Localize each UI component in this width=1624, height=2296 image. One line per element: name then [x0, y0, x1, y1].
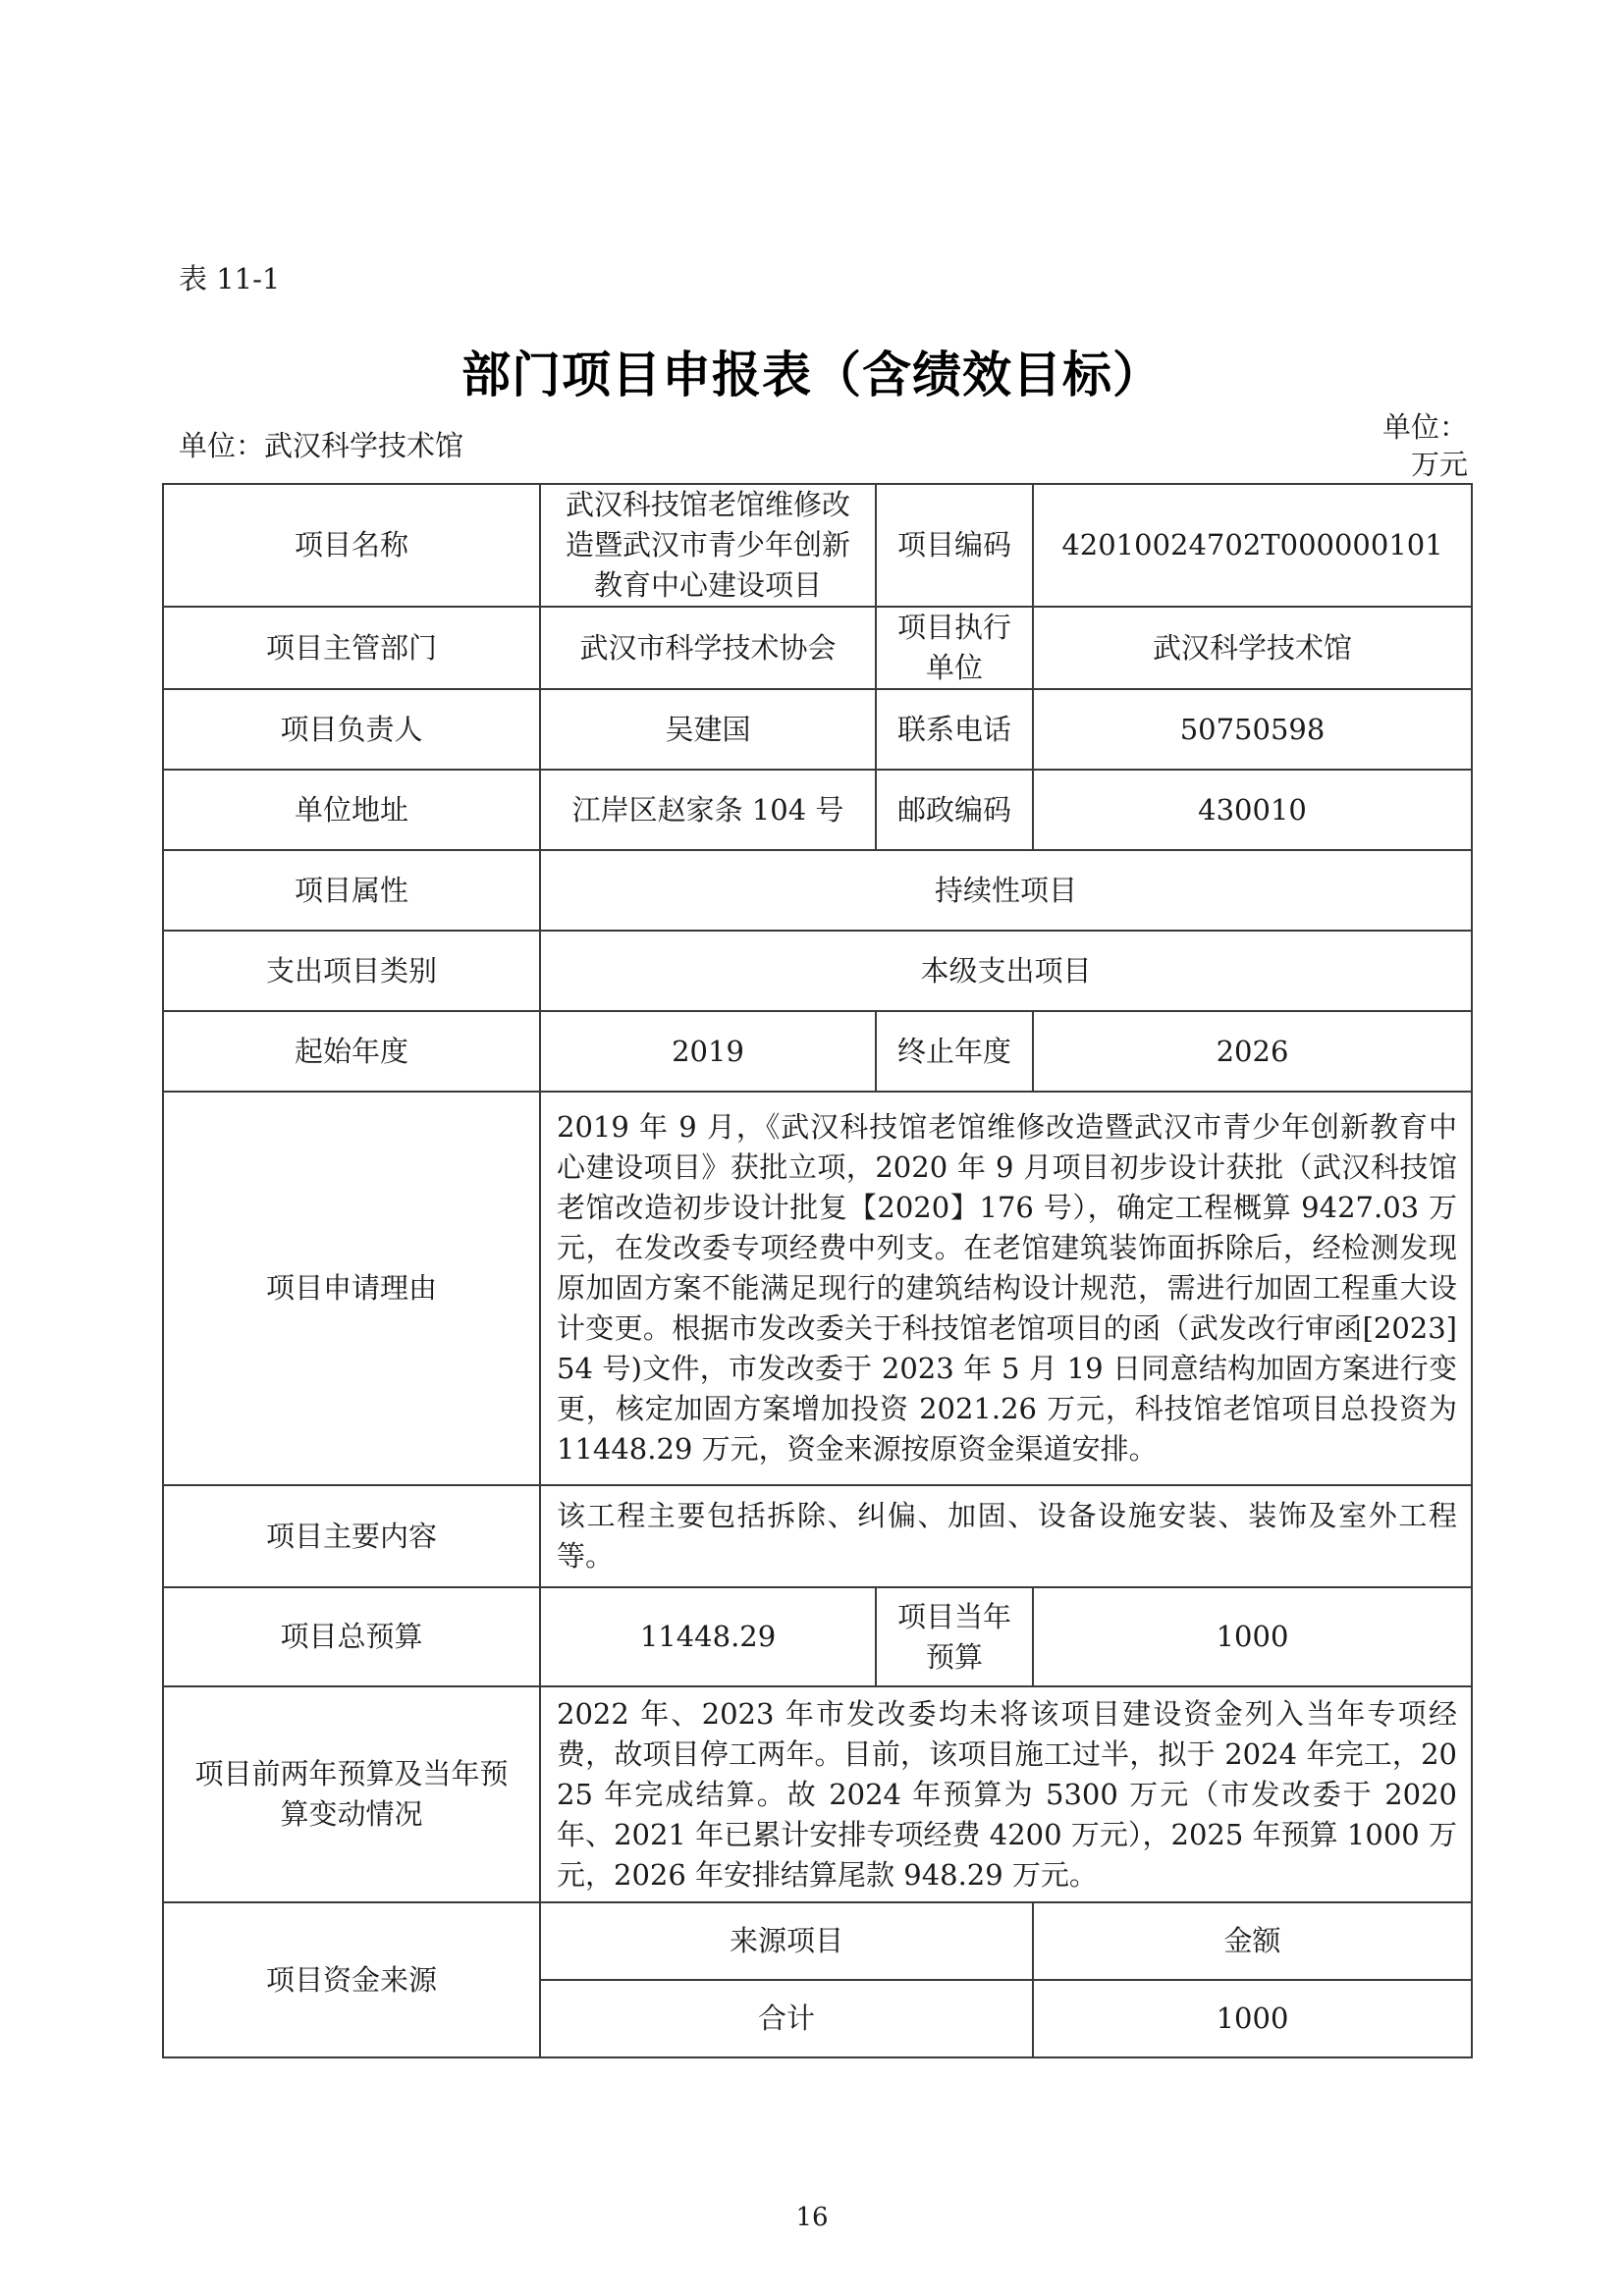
start-year-value: 2019: [540, 1011, 876, 1092]
exec-unit-value: 武汉科学技术馆: [1033, 607, 1472, 689]
table-row-category: 支出项目类别 本级支出项目: [163, 931, 1472, 1011]
phone-label: 联系电话: [876, 689, 1033, 770]
funding-total-label: 合计: [540, 1980, 1033, 2057]
attribute-label: 项目属性: [163, 850, 540, 931]
project-code-label: 项目编码: [876, 484, 1033, 607]
manager-label: 项目负责人: [163, 689, 540, 770]
table-row-budget-change: 项目前两年预算及当年预算变动情况 2022 年、2023 年市发改委均未将该项目…: [163, 1686, 1472, 1902]
department-value: 武汉市科学技术协会: [540, 607, 876, 689]
project-name-label: 项目名称: [163, 484, 540, 607]
funding-label: 项目资金来源: [163, 1902, 540, 2057]
department-label: 项目主管部门: [163, 607, 540, 689]
content-text: 该工程主要包括拆除、纠偏、加固、设备设施安装、装饰及室外工程等。: [540, 1485, 1472, 1587]
table-row-years: 起始年度 2019 终止年度 2026: [163, 1011, 1472, 1092]
page-title: 部门项目申报表（含绩效目标）: [0, 344, 1624, 406]
manager-value: 吴建国: [540, 689, 876, 770]
funding-total-amount: 1000: [1033, 1980, 1472, 2057]
budget-change-text: 2022 年、2023 年市发改委均未将该项目建设资金列入当年专项经费，故项目停…: [540, 1686, 1472, 1902]
postcode-label: 邮政编码: [876, 770, 1033, 850]
table-row-funding-header: 项目资金来源 来源项目 金额: [163, 1902, 1472, 1980]
project-report-table: 项目名称 武汉科技馆老馆维修改造暨武汉市青少年创新教育中心建设项目 项目编码 4…: [162, 483, 1473, 2058]
table-row-budget: 项目总预算 11448.29 项目当年预算 1000: [163, 1587, 1472, 1686]
budget-change-label: 项目前两年预算及当年预算变动情况: [163, 1686, 540, 1902]
phone-value: 50750598: [1033, 689, 1472, 770]
total-budget-value: 11448.29: [540, 1587, 876, 1686]
content-label: 项目主要内容: [163, 1485, 540, 1587]
table-row-attribute: 项目属性 持续性项目: [163, 850, 1472, 931]
exec-unit-label: 项目执行单位: [876, 607, 1033, 689]
project-name-value: 武汉科技馆老馆维修改造暨武汉市青少年创新教育中心建设项目: [540, 484, 876, 607]
address-label: 单位地址: [163, 770, 540, 850]
reason-text: 2019 年 9 月，《武汉科技馆老馆维修改造暨武汉市青少年创新教育中心建设项目…: [540, 1092, 1472, 1485]
currency-unit-value: 万元: [1370, 446, 1468, 483]
end-year-value: 2026: [1033, 1011, 1472, 1092]
reason-label: 项目申请理由: [163, 1092, 540, 1485]
currency-unit-label: 单位：: [1370, 408, 1468, 446]
page-number: 16: [0, 2202, 1624, 2233]
total-budget-label: 项目总预算: [163, 1587, 540, 1686]
table-number: 表 11-1: [179, 261, 280, 296]
table-row-manager: 项目负责人 吴建国 联系电话 50750598: [163, 689, 1472, 770]
funding-col-amount: 金额: [1033, 1902, 1472, 1980]
address-value: 江岸区赵家条 104 号: [540, 770, 876, 850]
table-row-project-name: 项目名称 武汉科技馆老馆维修改造暨武汉市青少年创新教育中心建设项目 项目编码 4…: [163, 484, 1472, 607]
project-code-value: 42010024702T000000101: [1033, 484, 1472, 607]
table-row-department: 项目主管部门 武汉市科学技术协会 项目执行单位 武汉科学技术馆: [163, 607, 1472, 689]
currency-unit: 单位： 万元: [1370, 408, 1468, 483]
current-budget-value: 1000: [1033, 1587, 1472, 1686]
funding-col-source: 来源项目: [540, 1902, 1033, 1980]
category-label: 支出项目类别: [163, 931, 540, 1011]
table-row-content: 项目主要内容 该工程主要包括拆除、纠偏、加固、设备设施安装、装饰及室外工程等。: [163, 1485, 1472, 1587]
reporting-unit: 单位：武汉科学技术馆: [179, 428, 463, 463]
postcode-value: 430010: [1033, 770, 1472, 850]
current-budget-label: 项目当年预算: [876, 1587, 1033, 1686]
start-year-label: 起始年度: [163, 1011, 540, 1092]
end-year-label: 终止年度: [876, 1011, 1033, 1092]
table-row-address: 单位地址 江岸区赵家条 104 号 邮政编码 430010: [163, 770, 1472, 850]
table-row-reason: 项目申请理由 2019 年 9 月，《武汉科技馆老馆维修改造暨武汉市青少年创新教…: [163, 1092, 1472, 1485]
attribute-value: 持续性项目: [540, 850, 1472, 931]
category-value: 本级支出项目: [540, 931, 1472, 1011]
